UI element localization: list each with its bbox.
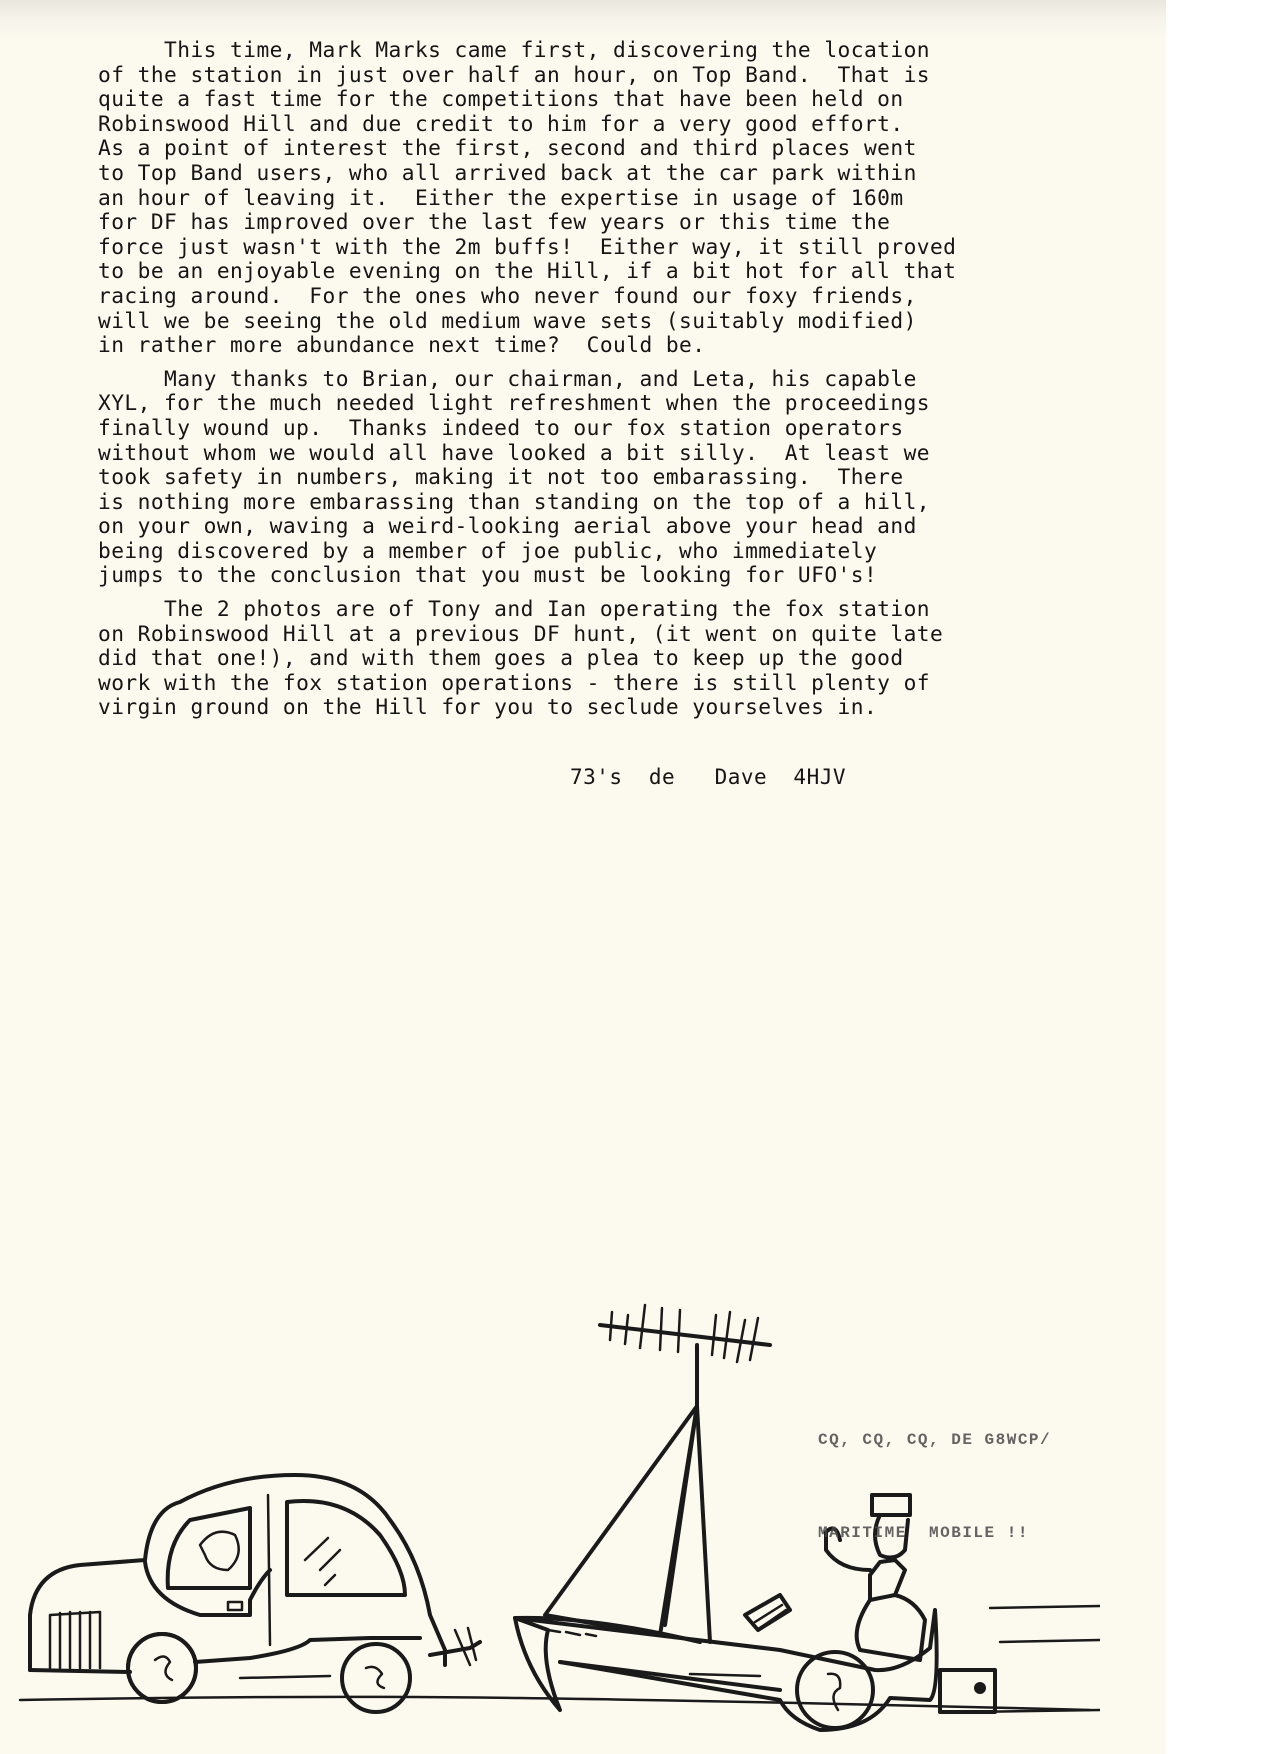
- article-body: This time, Mark Marks came first, discov…: [98, 38, 1098, 729]
- text-line: racing around. For the ones who never fo…: [98, 284, 1098, 309]
- text-line: The 2 photos are of Tony and Ian operati…: [98, 597, 1098, 622]
- paragraph-3: The 2 photos are of Tony and Ian operati…: [98, 597, 1098, 720]
- text-line: is nothing more embarassing than standin…: [98, 490, 1098, 515]
- text-line: jumps to the conclusion that you must be…: [98, 563, 1098, 588]
- paragraph-1: This time, Mark Marks came first, discov…: [98, 38, 1098, 358]
- text-line: force just wasn't with the 2m buffs! Eit…: [98, 235, 1098, 260]
- text-line: did that one!), and with them goes a ple…: [98, 646, 1098, 671]
- text-line: work with the fox station operations - t…: [98, 671, 1098, 696]
- text-line: on Robinswood Hill at a previous DF hunt…: [98, 622, 1098, 647]
- text-line: took safety in numbers, making it not to…: [98, 465, 1098, 490]
- text-line: Robinswood Hill and due credit to him fo…: [98, 112, 1098, 137]
- signoff: 73's de Dave 4HJV: [570, 765, 846, 789]
- text-line: on your own, waving a weird-looking aeri…: [98, 514, 1098, 539]
- text-line: virgin ground on the Hill for you to sec…: [98, 695, 1098, 720]
- text-line: This time, Mark Marks came first, discov…: [98, 38, 1098, 63]
- text-line: finally wound up. Thanks indeed to our f…: [98, 416, 1098, 441]
- text-line: being discovered by a member of joe publ…: [98, 539, 1098, 564]
- text-line: to Top Band users, who all arrived back …: [98, 161, 1098, 186]
- text-line: an hour of leaving it. Either the expert…: [98, 186, 1098, 211]
- paragraph-2: Many thanks to Brian, our chairman, and …: [98, 367, 1098, 588]
- text-line: XYL, for the much needed light refreshme…: [98, 391, 1098, 416]
- caption-line-2: MARITIME MOBILE !!: [818, 1518, 1051, 1549]
- cartoon-caption: CQ, CQ, CQ, DE G8WCP/ MARITIME MOBILE !!: [818, 1363, 1051, 1580]
- text-line: As a point of interest the first, second…: [98, 136, 1098, 161]
- text-line: in rather more abundance next time? Coul…: [98, 333, 1098, 358]
- text-line: of the station in just over half an hour…: [98, 63, 1098, 88]
- text-line: without whom we would all have looked a …: [98, 441, 1098, 466]
- text-line: for DF has improved over the last few ye…: [98, 210, 1098, 235]
- text-line: Many thanks to Brian, our chairman, and …: [98, 367, 1098, 392]
- caption-line-1: CQ, CQ, CQ, DE G8WCP/: [818, 1425, 1051, 1456]
- text-line: quite a fast time for the competitions t…: [98, 87, 1098, 112]
- text-line: will we be seeing the old medium wave se…: [98, 309, 1098, 334]
- text-line: to be an enjoyable evening on the Hill, …: [98, 259, 1098, 284]
